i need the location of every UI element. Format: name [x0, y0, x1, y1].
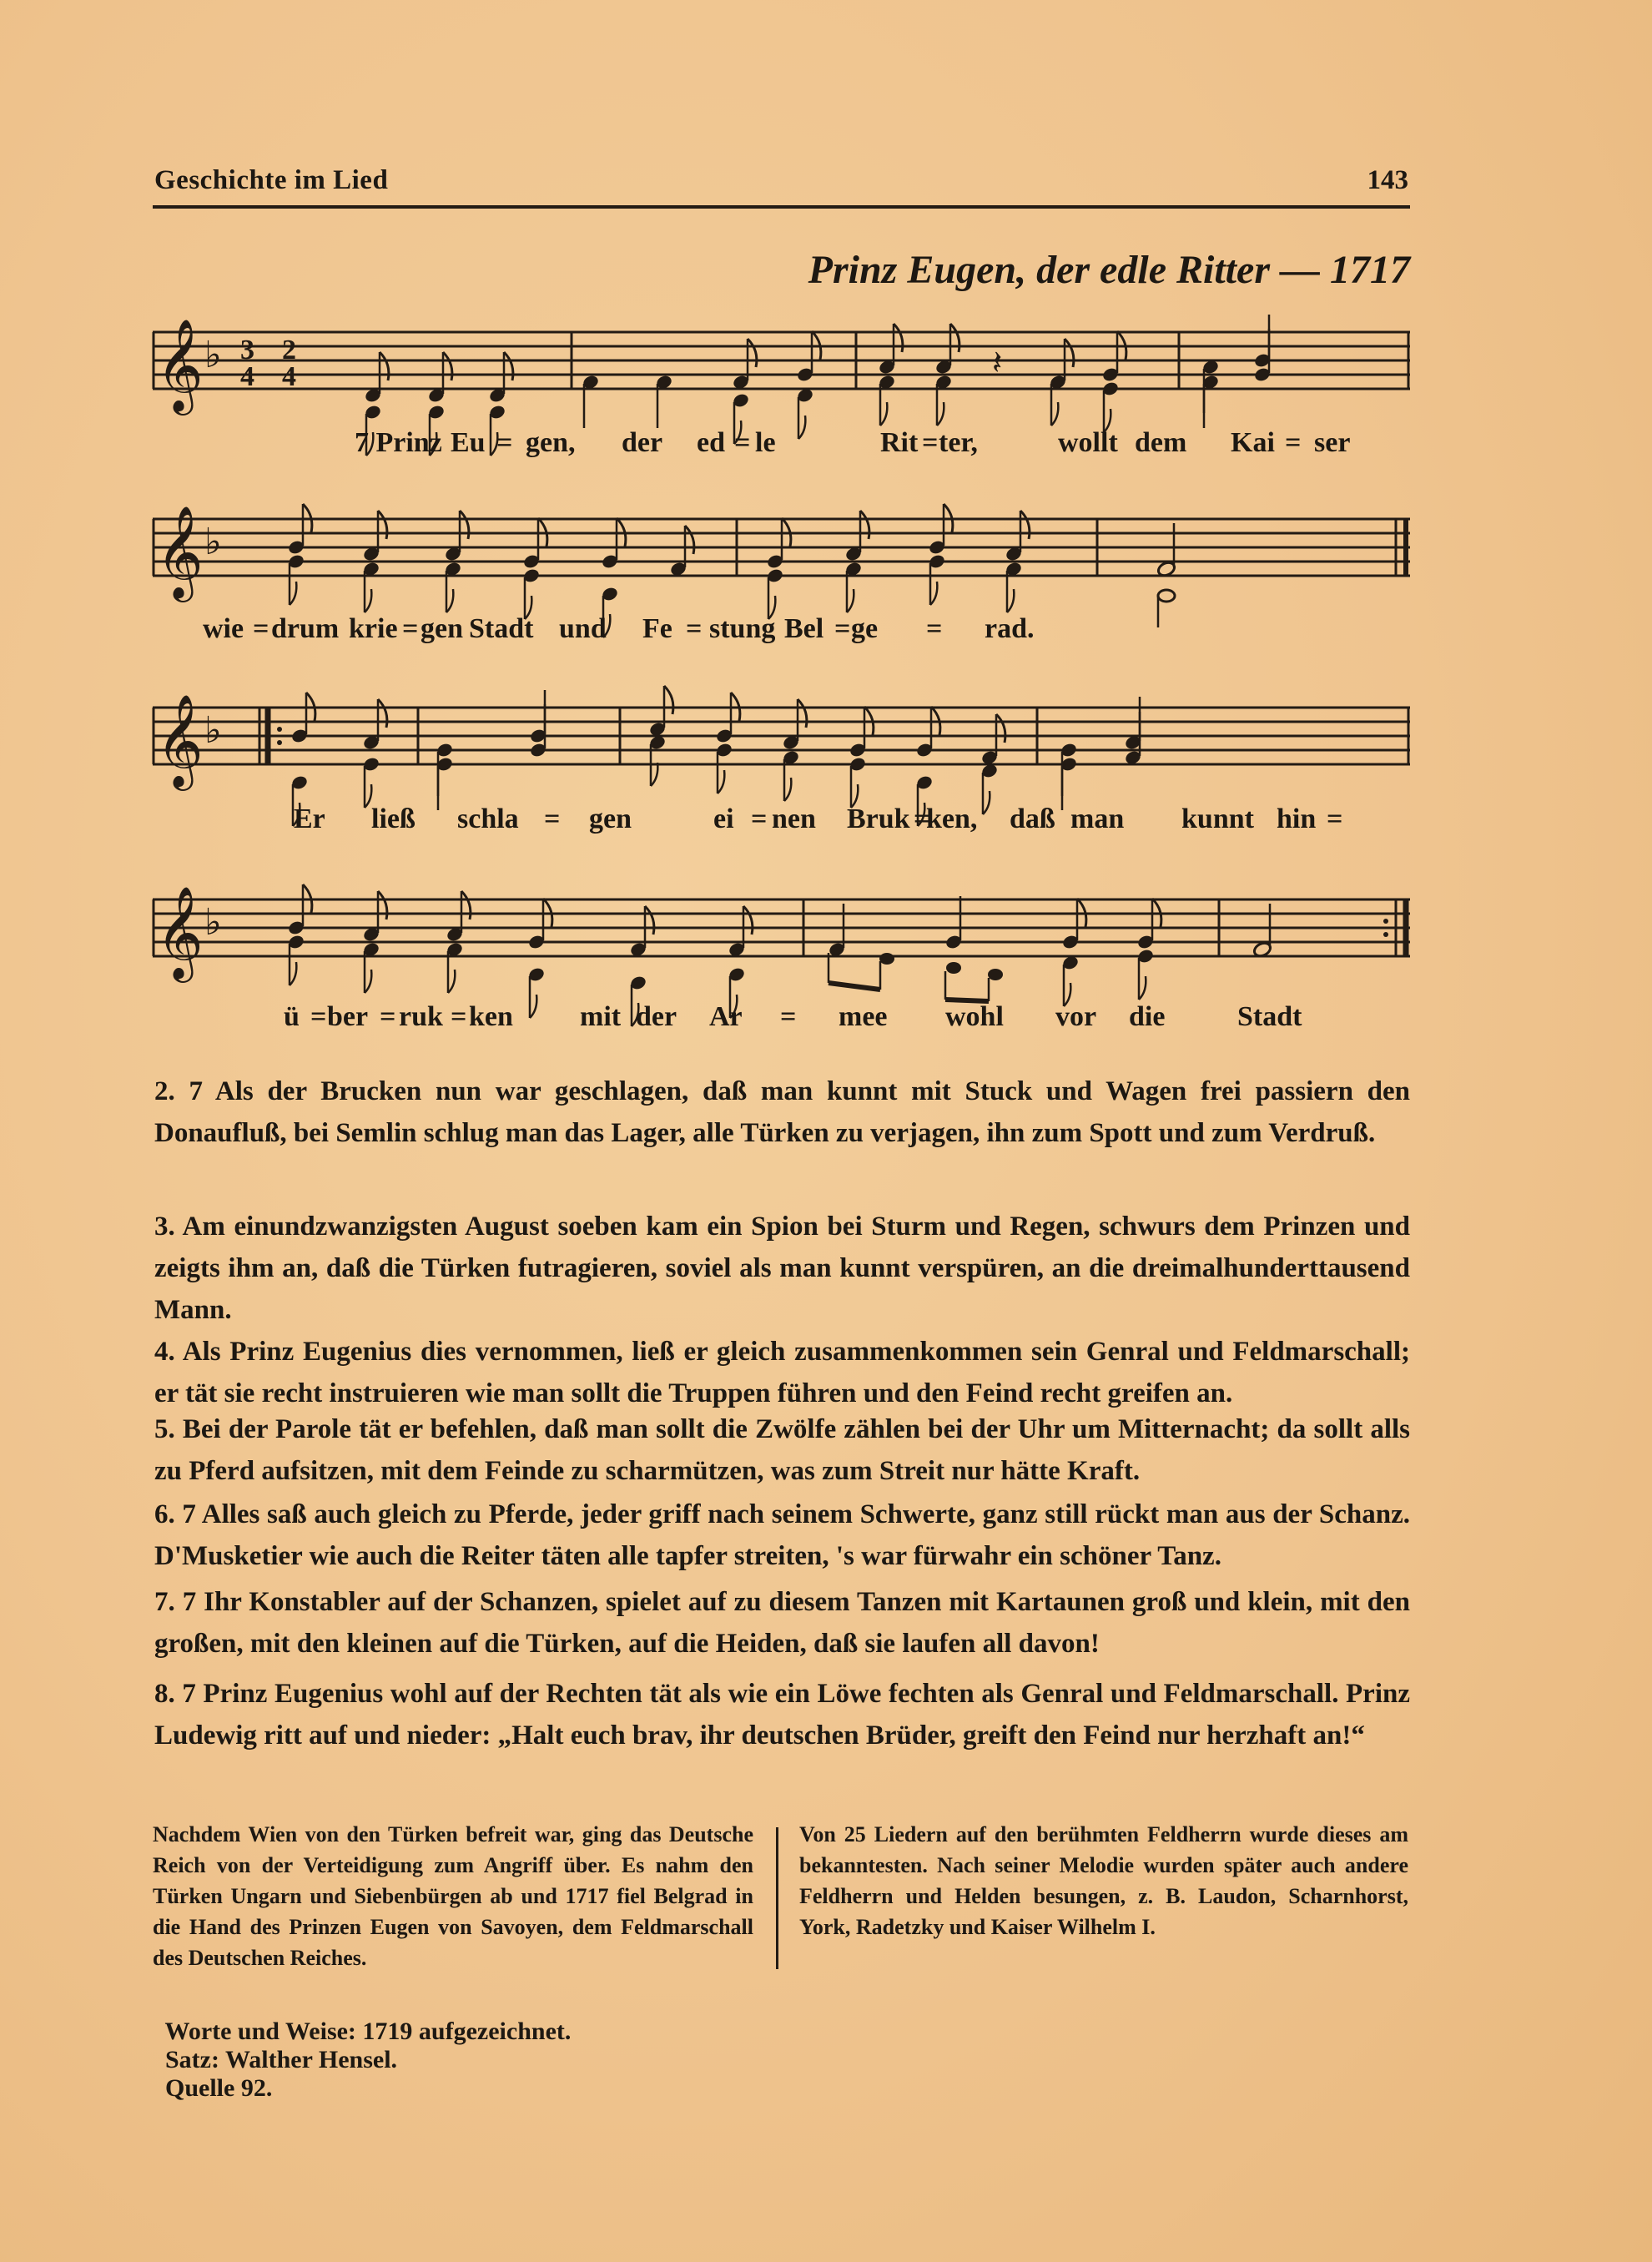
lyric-syllable: ed [697, 427, 725, 459]
lyric-syllable: = [451, 1001, 466, 1033]
lyric-syllable: ber [327, 1001, 368, 1033]
verse-number: 3. [154, 1212, 175, 1242]
lyric-syllable: = [402, 613, 418, 645]
lyric-syllable: = [253, 613, 269, 645]
svg-text:𝄽: 𝄽 [992, 344, 1002, 382]
verse-2: 2. 7 Als der Brucken nun war geschlagen,… [154, 1071, 1410, 1154]
lyric-syllable: man [1070, 804, 1124, 835]
lyric-syllable: = [751, 804, 767, 835]
verse-number: 7. [154, 1587, 175, 1617]
verse-text: Bei der Parole tät er befehlen, daß man … [154, 1414, 1410, 1486]
lyric-syllable: Rit [880, 427, 918, 459]
credit-words-melody: Worte und Weise: 1719 aufgezeichnet. [164, 2018, 571, 2045]
lyric-syllable: stung [709, 613, 775, 645]
lyric-syllable: ge [851, 613, 878, 645]
lyric-syllable: ser [1314, 427, 1350, 459]
lyric-syllable: Stadt [1237, 1001, 1302, 1033]
lyric-syllable: = [734, 427, 750, 459]
lyric-syllable: die [1129, 1001, 1165, 1033]
lyric-syllable: ken, [926, 804, 977, 835]
lyric-syllable: = [544, 804, 560, 835]
lyric-syllable: gen [421, 613, 463, 645]
lyric-syllable: ü [284, 1001, 300, 1033]
lyric-syllable: = [1285, 427, 1301, 459]
lyric-syllable: = [922, 427, 938, 459]
lyric-syllable: wie [203, 613, 244, 645]
verse-6: 6. 7 Alles saß auch gleich zu Pferde, je… [154, 1494, 1410, 1577]
lyric-syllable: und [559, 613, 607, 645]
lyric-syllable: ken [469, 1001, 513, 1033]
verse-number: 8. [154, 1679, 175, 1709]
lyric-syllable: = [1327, 804, 1342, 835]
lyric-syllable: le [755, 427, 776, 459]
staff-2 [153, 504, 1410, 637]
lyric-syllable: wohl [945, 1001, 1004, 1033]
lyric-syllable: Bruk [847, 804, 910, 835]
lyric-syllable: Fe [642, 613, 672, 645]
verse-number: 4. [154, 1337, 175, 1367]
lyric-syllable: Ar [709, 1001, 743, 1033]
svg-text:4: 4 [282, 361, 296, 392]
verse-7: 7. 7 Ihr Konstabler auf der Schanzen, sp… [154, 1581, 1410, 1665]
lyric-syllable: = [380, 1001, 395, 1033]
lyric-syllable: drum [271, 613, 339, 645]
lyric-syllable: wollt [1058, 427, 1118, 459]
lyric-syllable: = [780, 1001, 796, 1033]
lyric-syllable: Bel [784, 613, 823, 645]
lyric-syllable: Stadt [469, 613, 533, 645]
verse-3: 3. Am einundzwanzigsten August soeben ka… [154, 1206, 1410, 1331]
credit-setting: Satz: Walther Hensel. [165, 2046, 397, 2073]
lyric-syllable: mit [580, 1001, 621, 1033]
lyric-syllable: kunnt [1181, 804, 1254, 835]
footnote-divider [776, 1827, 778, 1969]
lyric-syllable: ei [713, 804, 734, 835]
lyric-syllable: daß [1010, 804, 1055, 835]
lyric-syllable: ter, [939, 427, 978, 459]
lyric-syllable: nen [772, 804, 816, 835]
lyric-syllable: der [622, 427, 662, 459]
lyric-syllable: 7 Prinz [355, 427, 442, 459]
verse-text: 7 Alles saß auch gleich zu Pferde, jeder… [154, 1499, 1410, 1571]
verse-text: 7 Ihr Konstabler auf der Schanzen, spiel… [154, 1587, 1410, 1659]
verse-8: 8. 7 Prinz Eugenius wohl auf der Rechten… [154, 1673, 1410, 1756]
lyric-syllable: ließ [371, 804, 416, 835]
lyric-syllable: gen, [526, 427, 576, 459]
verse-text: 7 Prinz Eugenius wohl auf der Rechten tä… [154, 1679, 1410, 1751]
lyric-syllable: mee [839, 1001, 888, 1033]
lyric-syllable: rad. [985, 613, 1035, 645]
svg-text:4: 4 [240, 361, 254, 392]
lyric-syllable: gen [589, 804, 632, 835]
verse-text: Am einundzwanzigsten August soeben kam e… [154, 1212, 1410, 1325]
footnote-melody: Von 25 Liedern auf den berühmten Feldher… [799, 1819, 1408, 1942]
lyric-syllable: = [926, 613, 942, 645]
lyric-syllable: hin [1277, 804, 1316, 835]
lyric-syllable: vor [1055, 1001, 1096, 1033]
lyric-syllable: krie [349, 613, 398, 645]
lyric-syllable: schla [457, 804, 519, 835]
lyric-syllable: = [686, 613, 702, 645]
lyric-syllable: ruk [399, 1001, 443, 1033]
staff-1: 3 4 2 4 𝄽 [153, 315, 1410, 456]
verse-text: 7 Als der Brucken nun war geschlagen, da… [154, 1076, 1410, 1148]
verse-number: 5. [154, 1414, 175, 1444]
lyric-syllable: = [496, 427, 512, 459]
lyric-syllable: Kai [1231, 427, 1275, 459]
lyric-syllable: Eu [451, 427, 486, 459]
credit-source: Quelle 92. [165, 2074, 272, 2102]
verse-number: 2. [154, 1076, 175, 1106]
lyric-syllable: = [834, 613, 850, 645]
lyric-syllable: = [310, 1001, 326, 1033]
verse-text: Als Prinz Eugenius dies vernommen, ließ … [154, 1337, 1410, 1408]
credits-line: Worte und Weise: 1719 aufgezeichnet. Sat… [153, 1989, 611, 2103]
verse-5: 5. Bei der Parole tät er befehlen, daß m… [154, 1408, 1410, 1492]
lyric-syllable: dem [1135, 427, 1186, 459]
sheet-music: 𝄞 ♭ 3 4 2 4 [0, 0, 1652, 1051]
lyric-syllable: der [636, 1001, 677, 1033]
verse-number: 6. [154, 1499, 175, 1529]
footnote-history: Nachdem Wien von den Türken befreit war,… [153, 1819, 753, 1973]
lyric-syllable: Er [294, 804, 325, 835]
verse-4: 4. Als Prinz Eugenius dies vernommen, li… [154, 1331, 1410, 1414]
